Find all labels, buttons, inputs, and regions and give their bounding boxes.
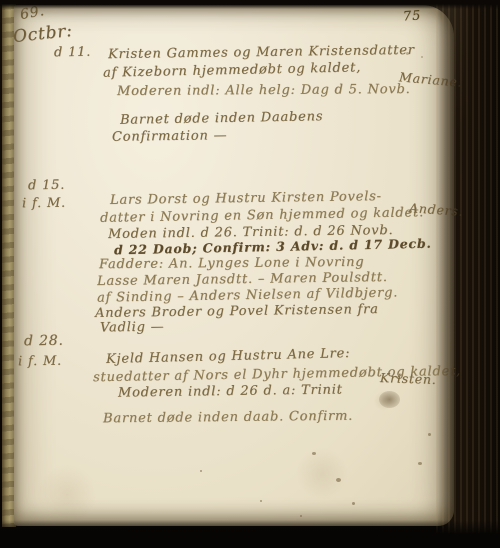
foxing-spot [200, 470, 202, 472]
ink-blot [379, 391, 400, 408]
entry-date: d 28. [24, 334, 64, 349]
entry-date: d 15. [28, 179, 65, 193]
entry-line: Barnet døde inden daab. Confirm. [103, 410, 353, 426]
margin-name: Kristen. [380, 372, 437, 386]
bottom-shadow [0, 520, 500, 548]
foxing-spot [352, 502, 355, 505]
foxing-spot [428, 433, 431, 436]
entry-line: Moderen indl: Alle helg: Dag d 5. Novb. [117, 83, 411, 98]
foxing-spot [260, 500, 262, 502]
entry-date-note: i f. M. [22, 197, 66, 211]
entry-line: Barnet døde inden Daabens [120, 110, 323, 127]
foxing-spot [336, 478, 341, 482]
entry-line: Confirmation — [112, 129, 227, 144]
foxing-spot [312, 452, 316, 455]
foxing-spot [418, 462, 422, 465]
entry-line: Faddere: An. Lynges Lone i Novring [99, 256, 364, 271]
foxing-spot [421, 56, 423, 58]
foxing-spot [406, 52, 409, 55]
top-shadow [0, 0, 500, 9]
page-number-right: 75 [403, 9, 422, 23]
entry-line: Anders Broder og Povel Kristensen fra [95, 303, 379, 320]
scanned-register-page: 69. 75 Octbr: d 11. Kristen Gammes og Ma… [0, 0, 500, 548]
entry-line: Vadlig — [100, 321, 165, 335]
entry-date: d 11. [54, 46, 91, 60]
entry-date-note: i f. M. [18, 355, 62, 369]
book-fore-edge [436, 0, 500, 548]
foxing-spot [300, 515, 302, 517]
entry-line: Moderen indl: d 26 d. a: Trinit [118, 383, 343, 399]
entry-line: Lars Dorst og Hustru Kirsten Povels- [110, 190, 382, 207]
